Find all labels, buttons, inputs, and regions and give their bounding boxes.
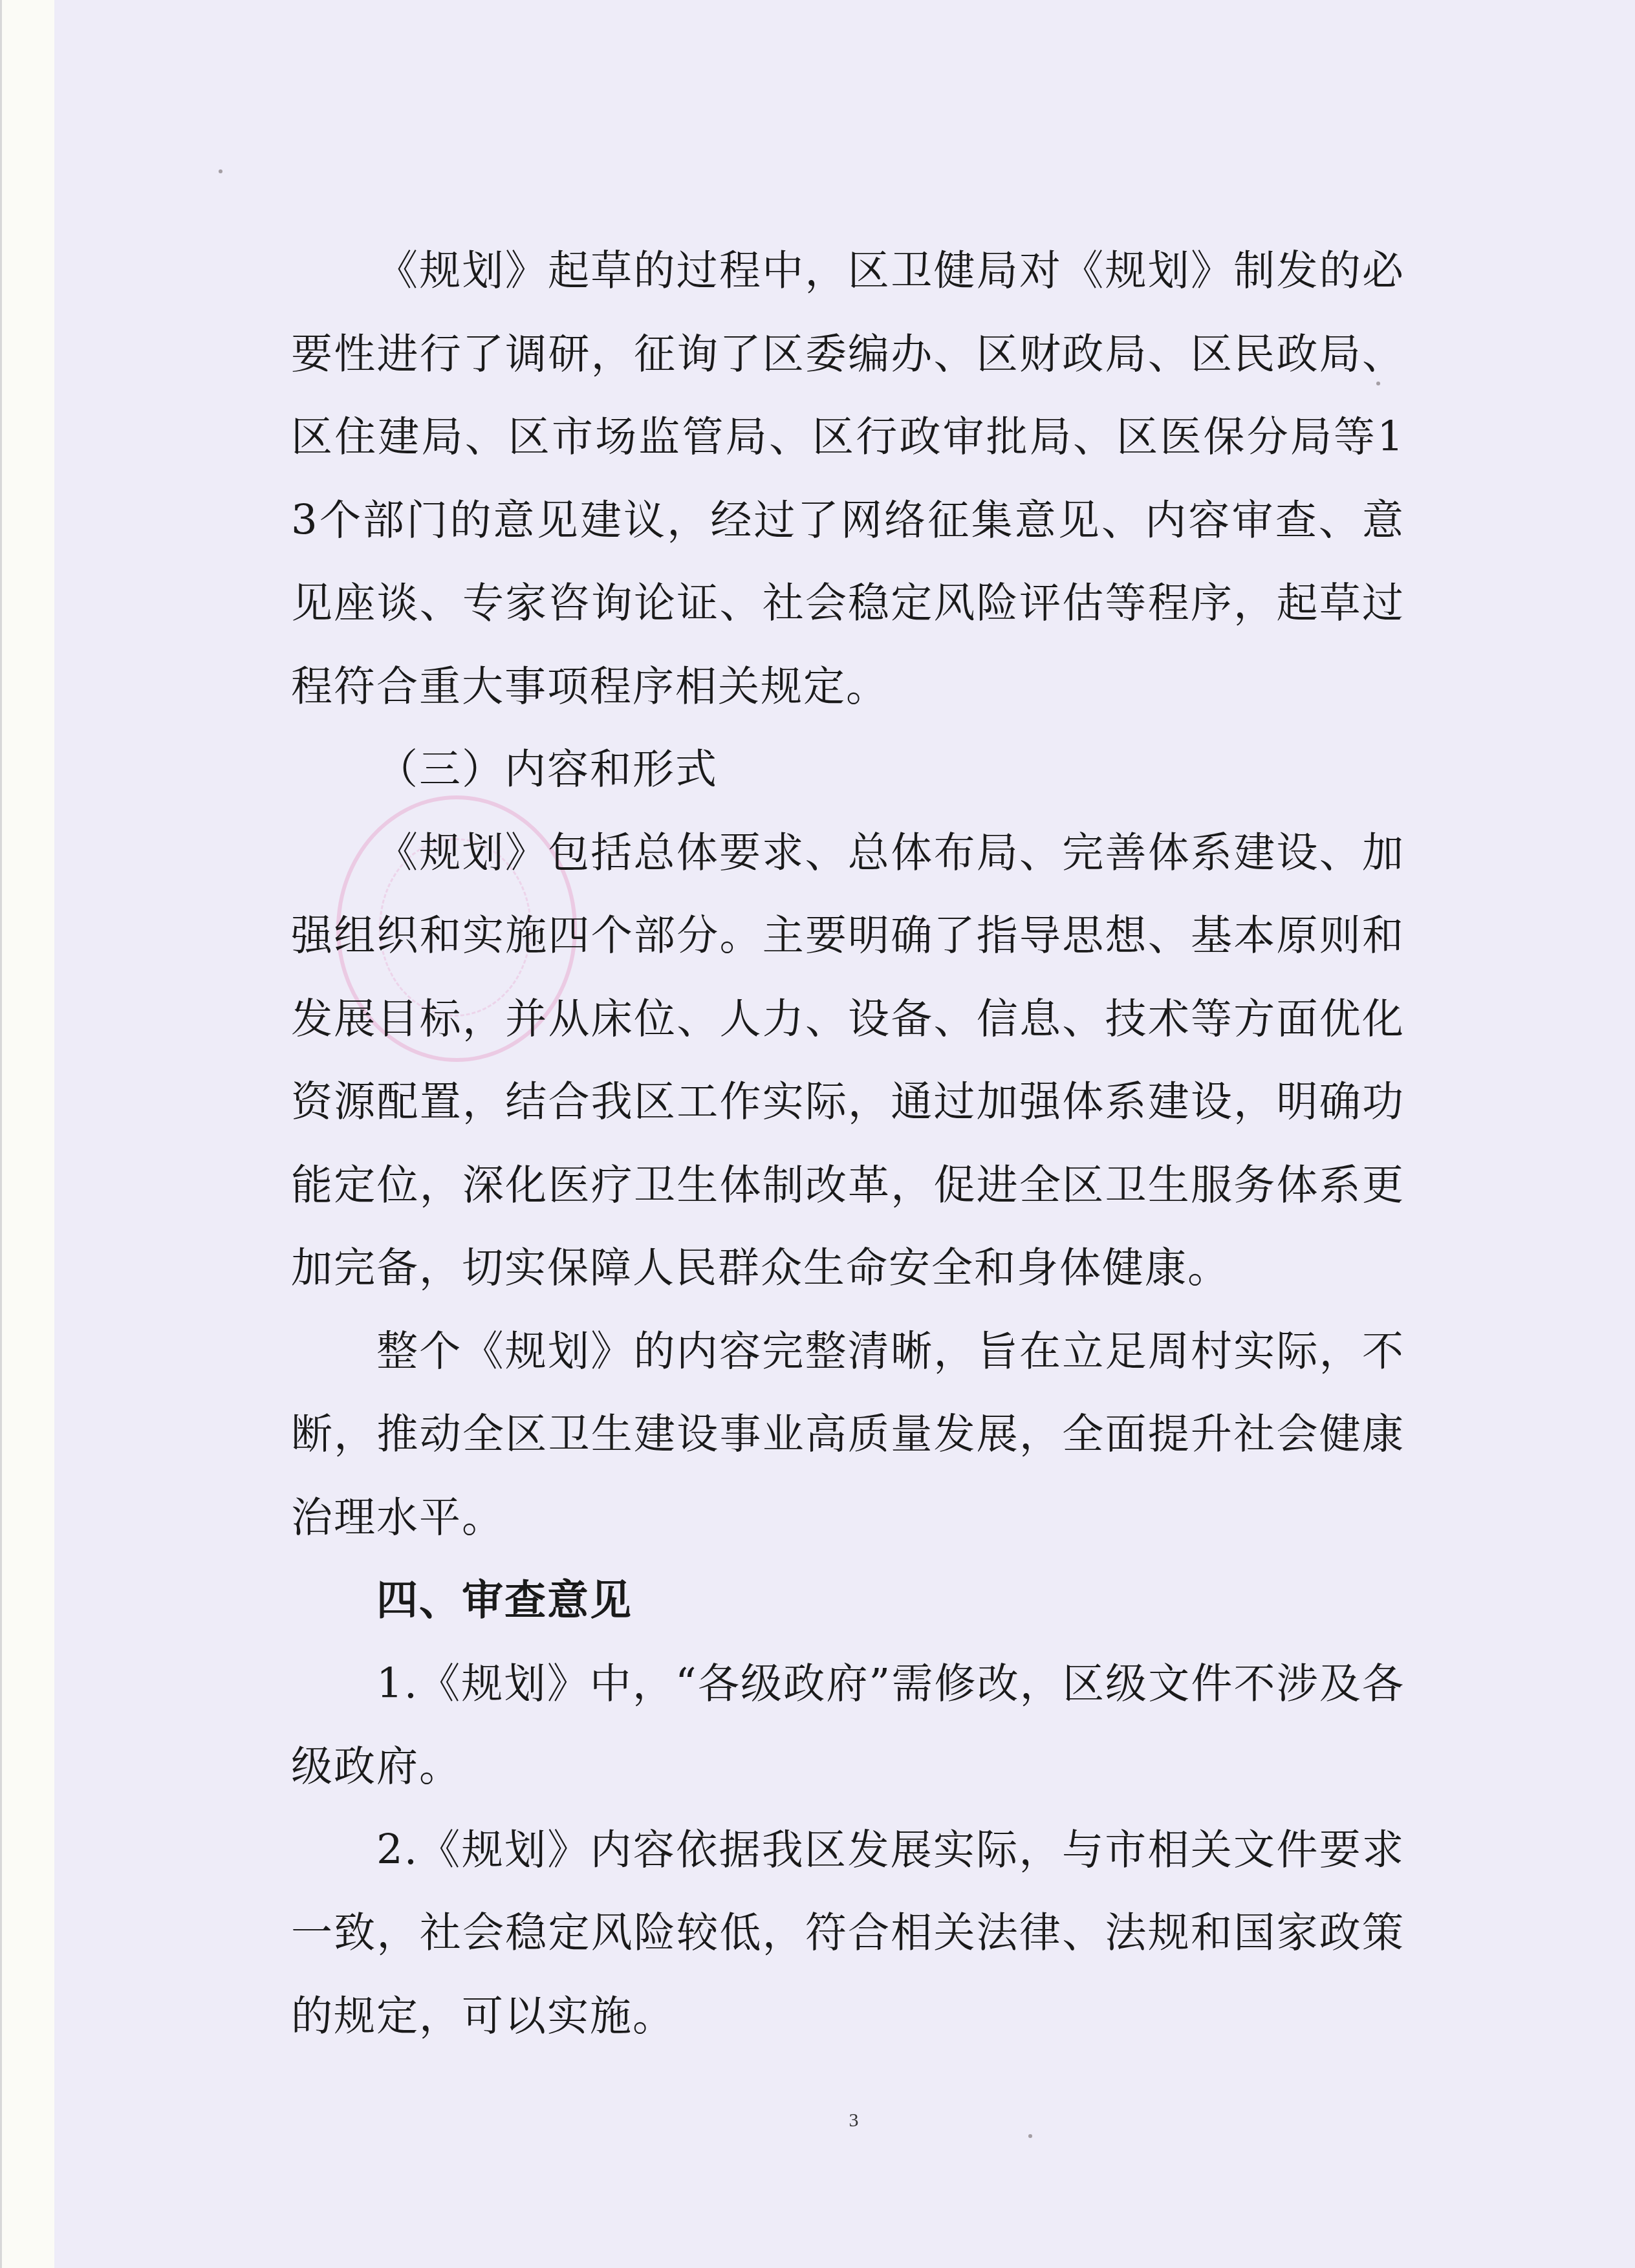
subheading-content-and-form: （三）内容和形式 <box>291 728 1405 812</box>
scan-speck <box>1028 2134 1032 2138</box>
scan-edge-strip <box>0 0 54 2268</box>
page-number: 3 <box>841 2110 867 2132</box>
scan-speck <box>1376 382 1380 385</box>
document-page: 《规划》起草的过程中，区卫健局对《规划》制发的必要性进行了调研，征询了区委编办、… <box>291 230 1405 2058</box>
scan-speck <box>219 169 222 173</box>
review-opinion-2: 2.《规划》内容依据我区发展实际，与市相关文件要求一致，社会稳定风险较低，符合相… <box>291 1809 1405 2058</box>
paragraph-plan-contents: 《规划》包括总体要求、总体布局、完善体系建设、加强组织和实施四个部分。主要明确了… <box>291 812 1405 1310</box>
paragraph-drafting-process: 《规划》起草的过程中，区卫健局对《规划》制发的必要性进行了调研，征询了区委编办、… <box>291 230 1405 728</box>
paragraph-plan-summary: 整个《规划》的内容完整清晰，旨在立足周村实际，不断，推动全区卫生建设事业高质量发… <box>291 1310 1405 1560</box>
review-opinion-1: 1.《规划》中，“各级政府”需修改，区级文件不涉及各级政府。 <box>291 1643 1405 1809</box>
heading-review-opinions: 四、审查意见 <box>291 1559 1405 1643</box>
